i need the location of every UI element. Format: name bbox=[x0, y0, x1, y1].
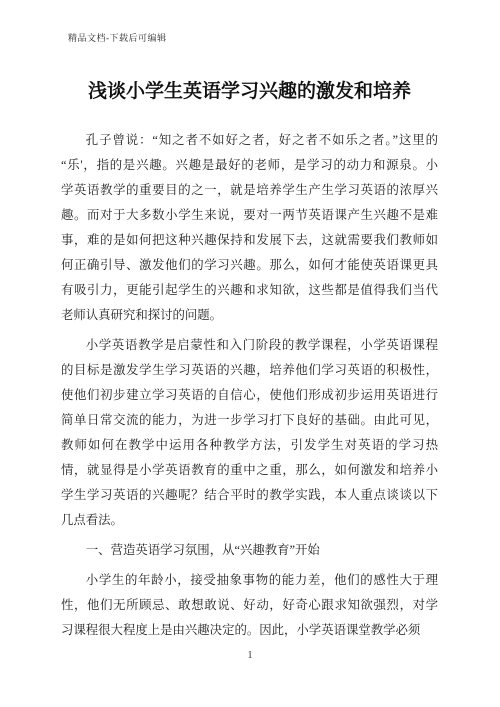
text-line: 老师认真研究和探讨的问题。 bbox=[61, 303, 438, 328]
text-line: 的目标是激发学生学习英语的兴趣，培养他们学习英语的积极性， bbox=[61, 358, 438, 383]
section-heading: 一、营造英语学习氛围，从“兴趣教育”开始 bbox=[61, 538, 438, 563]
text-line: 事，难的是如何把这种兴趣保持和发展下去，这就需要我们教师如 bbox=[61, 228, 438, 253]
text-line: 小学英语教学是启蒙性和入门阶段的教学课程，小学英语课程 bbox=[61, 333, 438, 358]
text-line: 学生学习英语的兴趣呢？结合平时的教学实践，本人重点谈谈以下 bbox=[61, 483, 438, 508]
page-number: 1 bbox=[0, 650, 500, 661]
document-title: 浅谈小学生英语学习兴趣的激发和培养 bbox=[61, 76, 438, 108]
text-line: 孔子曾说：“知之者不如好之者，好之者不如乐之者。”这里的 bbox=[61, 128, 438, 153]
text-line: 使他们初步建立学习英语的自信心，使他们形成初步运用英语进行 bbox=[61, 383, 438, 408]
text-line: 学英语教学的重要目的之一，就是培养学生产生学习英语的浓厚兴 bbox=[61, 178, 438, 203]
text-line: 趣。而对于大多数小学生来说，要对一两节英语课产生兴趣不是难 bbox=[61, 203, 438, 228]
paragraph: 孔子曾说：“知之者不如好之者，好之者不如乐之者。”这里的“乐'，指的是兴趣。兴趣… bbox=[61, 128, 438, 328]
text-line: 情，就显得是小学英语教育的重中之重，那么，如何激发和培养小 bbox=[61, 458, 438, 483]
document-page: 精品文档-下载后可编辑 浅谈小学生英语学习兴趣的激发和培养 孔子曾说：“知之者不… bbox=[0, 0, 500, 707]
text-line: 有吸引力，更能引起学生的兴趣和求知欲，这些都是值得我们当代 bbox=[61, 278, 438, 303]
header-note: 精品文档-下载后可编辑 bbox=[68, 31, 167, 44]
text-line: 教师如何在教学中运用各种教学方法，引发学生对英语的学习热 bbox=[61, 433, 438, 458]
paragraph: 小学英语教学是启蒙性和入门阶段的教学课程，小学英语课程的目标是激发学生学习英语的… bbox=[61, 333, 438, 533]
text-line: 何正确引导、激发他们的学习兴趣。那么，如何才能使英语课更具 bbox=[61, 253, 438, 278]
text-line: 一、营造英语学习氛围，从“兴趣教育”开始 bbox=[61, 538, 438, 563]
document-body: 孔子曾说：“知之者不如好之者，好之者不如乐之者。”这里的“乐'，指的是兴趣。兴趣… bbox=[61, 128, 438, 643]
text-line: “乐'，指的是兴趣。兴趣是最好的老师，是学习的动力和源泉。小 bbox=[61, 153, 438, 178]
paragraph: 小学生的年龄小，接受抽象事物的能力差，他们的感性大于理性，他们无所顾忌、敢想敢说… bbox=[61, 568, 438, 643]
text-line: 简单日常交流的能力，为进一步学习打下良好的基础。由此可见， bbox=[61, 408, 438, 433]
text-line: 习课程很大程度上是由兴趣决定的。因此，小学英语课堂教学必须 bbox=[61, 618, 438, 643]
text-line: 小学生的年龄小，接受抽象事物的能力差，他们的感性大于理 bbox=[61, 568, 438, 593]
text-line: 性，他们无所顾忌、敢想敢说、好动，好奇心跟求知欲强烈，对学 bbox=[61, 593, 438, 618]
document-content: 浅谈小学生英语学习兴趣的激发和培养 孔子曾说：“知之者不如好之者，好之者不如乐之… bbox=[61, 76, 438, 648]
text-line: 几点看法。 bbox=[61, 508, 438, 533]
